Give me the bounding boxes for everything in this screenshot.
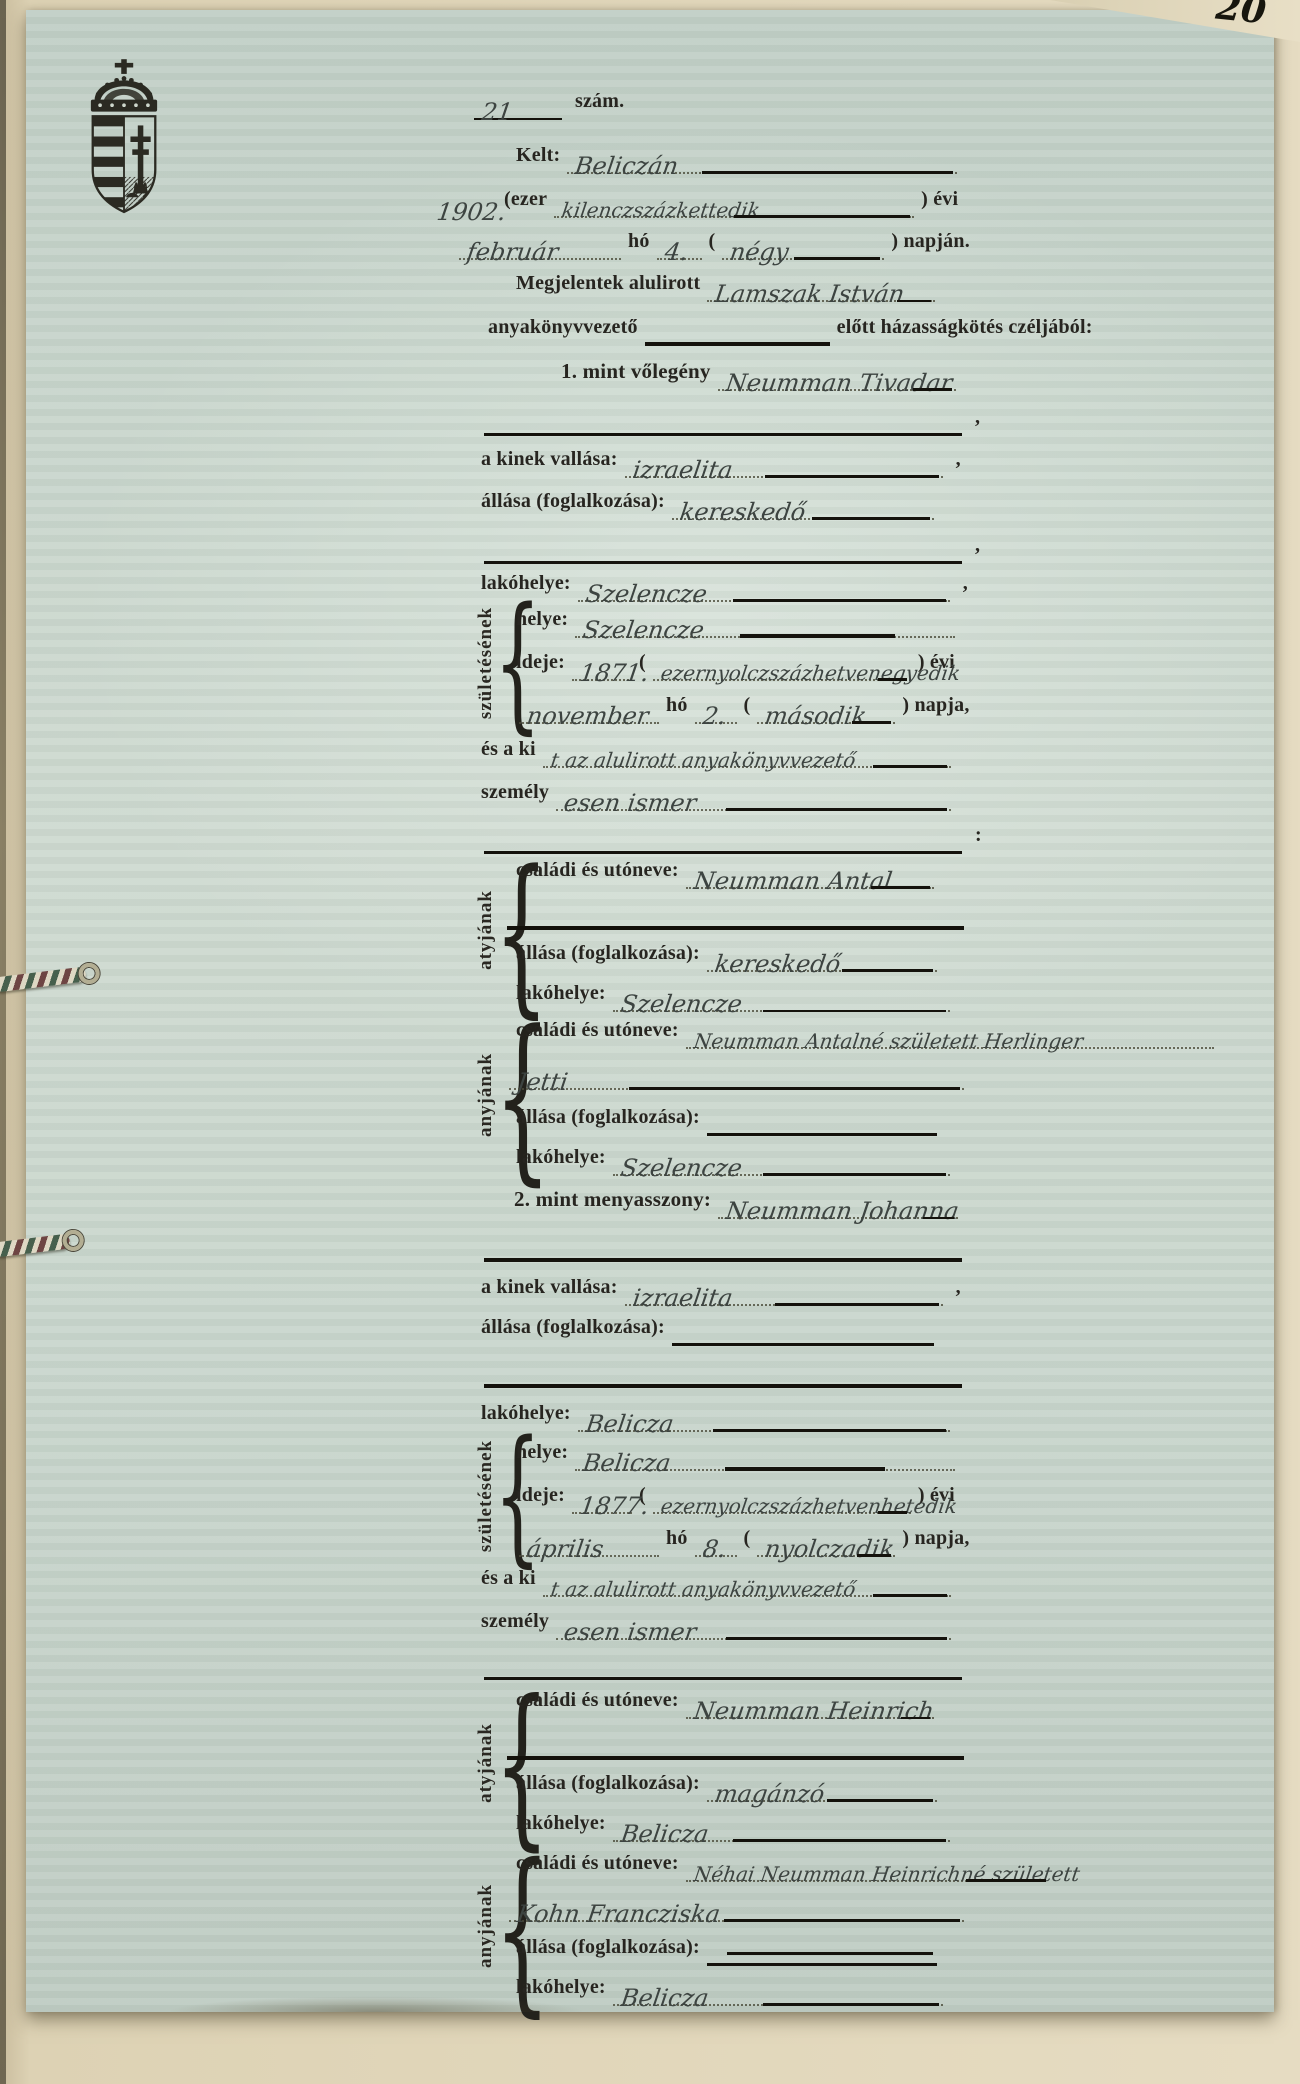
bride-birth-day: 8. [701, 1537, 727, 1561]
groom-father-name: Neumman Antal [692, 869, 893, 893]
serial-label: szám. [575, 90, 624, 112]
bride-father-name: Neumman Heinrich [692, 1699, 935, 1723]
bride-birthplace: Belicza [582, 1451, 673, 1475]
kelt-blank: Beliczán [567, 142, 957, 174]
groom-birthyear-row: ideje: 1871. ( ezernyolczszázhetvenegyed… [516, 645, 955, 679]
bride-father-residence-row: lakóhelye: Belicza [516, 1806, 953, 1840]
bride-religion-row: a kinek vallása: izraelita , [481, 1270, 961, 1304]
bride-father-name-row: családi és utóneve: Neumman Heinrich [516, 1683, 937, 1717]
serial-blank: 21 [474, 88, 562, 120]
groom-mother-name-row: családi és utóneve: Neumman Antalné szül… [516, 1013, 1217, 1047]
groom-mother-name2: Jetti [515, 1070, 569, 1094]
scan-smudge [166, 1996, 586, 2012]
registrar-row: anyakönyvvezető előtt házasságkötés czél… [488, 310, 1093, 344]
bride-mother-name-row: családi és utóneve: Néhai Neumman Heinri… [516, 1846, 989, 1880]
hungarian-coat-of-arms-icon [78, 58, 170, 226]
year-text: kilenczszázkettedik [561, 200, 762, 220]
purpose-label: előtt házasságkötés czéljából: [837, 316, 1093, 338]
separator-rule: , [481, 400, 980, 434]
day-suffix: ) napján. [891, 230, 970, 252]
groom-occupation: kereskedő [678, 500, 807, 524]
bride-birth-year-text: ezernyolczszázhetvenhetedik [659, 1496, 958, 1516]
kelt-place: Beliczán [574, 154, 680, 178]
kelt-label: Kelt: [516, 144, 560, 166]
separator-rule: : [481, 818, 982, 852]
appeared-label: Megjelentek alulirott [516, 272, 700, 294]
groom-mother-occupation-row: állása (foglalkozása): [516, 1100, 940, 1134]
groom-birth-year: 1871. [578, 661, 650, 685]
registry-page: 21 szám. Kelt: Beliczán 1902. (ezer kile… [26, 10, 1274, 2012]
year-suffix: ) évi [921, 188, 958, 210]
bride-birth-day-text: nyolczadik [764, 1537, 896, 1561]
heavy-rule [504, 1726, 967, 1760]
groom-religion-row: a kinek vallása: izraelita , [481, 442, 961, 476]
date-row: február hó 4. ( négy ) napján. [456, 224, 970, 258]
bride-name: Neumman Johanna [724, 1199, 960, 1223]
groom-birthplace-row: helye: Szelencze [516, 602, 958, 636]
groom-father-occupation: kereskedő [713, 952, 842, 976]
groom-religion: izraelita [631, 458, 734, 482]
bride-birthday-row: április hó 8. ( nyolczadik ) napja, [516, 1521, 970, 1555]
groom-known-hand1: t az alulirott anyakönyvvezető [549, 750, 856, 770]
groom-birth-day: 2. [701, 704, 727, 728]
year-row: 1902. (ezer kilenczszázkettedik ) évi [426, 182, 958, 216]
dated-row: Kelt: Beliczán [516, 138, 960, 172]
birth-place-label: helye: [516, 608, 568, 630]
bride-father-residence: Belicza [619, 1822, 710, 1846]
groom-birth-year-text: ezernyolczszázhetvenegyedik [659, 663, 961, 683]
bride-father-occupation-row: állása (foglalkozása): magánzó [516, 1766, 940, 1800]
bride-mother-name2: Kohn Francziska [515, 1902, 721, 1926]
bride-religion: izraelita [631, 1286, 734, 1310]
bride-residence-row: lakóhelye: Belicza [481, 1396, 953, 1430]
groom-name: Neumman Tivadar [724, 371, 954, 395]
separator-rule: , [481, 528, 980, 562]
bride-known-hand1: t az alulirott anyakönyvvezető [549, 1579, 856, 1599]
appeared-row: Megjelentek alulirott Lamszak István [516, 266, 938, 300]
bride-known-hand2: esen ismer [562, 1620, 698, 1644]
bride-birthyear-row: ideje: 1877. ( ezernyolczszázhetvenheted… [516, 1478, 955, 1512]
corner-page-number: 20 [1214, 0, 1268, 33]
groom-birthday-row: november hó 2. ( második ) napja, [516, 688, 970, 722]
groom-father-name-row: családi és utóneve: Neumman Antal [516, 853, 937, 887]
bride-occupation-row: állása (foglalkozása): [481, 1310, 937, 1344]
serial-number: 21 [480, 100, 514, 124]
groom-known-hand2: esen ismer [562, 791, 698, 815]
bride-mother-occupation-row: állása (foglalkozása): [516, 1930, 940, 1964]
bride-known-row2: személy esen ismer [481, 1604, 954, 1638]
scanned-marriage-record: { "page": { "corner_mark": "20", "serial… [0, 0, 1300, 2084]
name-label: családi és utóneve: [516, 859, 679, 881]
religion-label: a kinek vallása: [481, 448, 618, 470]
year-number: 1902. [435, 200, 507, 224]
ho-label: hó [628, 230, 650, 252]
groom-role-row: 1. mint vőlegény Neumman Tivadar [561, 354, 959, 388]
groom-father-occupation-row: állása (foglalkozása): kereskedő [516, 936, 940, 970]
bride-residence: Belicza [584, 1412, 675, 1436]
year-prefix: (ezer [504, 188, 547, 210]
birth-time-label: ideje: [516, 651, 565, 673]
separator-rule [481, 1354, 965, 1388]
groom-occupation-row: állása (foglalkozása): kereskedő [481, 484, 937, 518]
registrar-label: anyakönyvvezető [488, 316, 638, 338]
bride-birth-month: április [525, 1537, 605, 1561]
groom-birth-day-text: második [764, 704, 869, 728]
groom-mother-name: Neumman Antalné született Herlinger [692, 1031, 1084, 1051]
heavy-rule [504, 896, 967, 930]
groom-mother-residence: Szelencze [619, 1156, 743, 1180]
groom-mother-name2-row: Jetti [506, 1056, 967, 1090]
groom-birthplace: Szelencze [582, 618, 706, 642]
groom-role-label: 1. mint vőlegény [561, 359, 711, 383]
occupation-label: állása (foglalkozása): [481, 490, 665, 512]
month-name: február [465, 240, 560, 264]
bride-birth-year: 1877. [578, 1494, 650, 1518]
scan-left-edge [0, 0, 6, 2084]
groom-birth-month: november [525, 704, 650, 728]
separator-rule [481, 1228, 965, 1262]
bride-birthplace-row: helye: Belicza [516, 1435, 958, 1469]
day-number: 4. [663, 240, 689, 264]
day-text: négy [729, 240, 791, 264]
groom-father-residence-row: lakóhelye: Szelencze [516, 976, 953, 1010]
groom-known-row1: és a ki t az alulirott anyakönyvvezető [481, 732, 954, 766]
bride-mother-name2-row: Kohn Francziska [506, 1888, 967, 1922]
serial-row: 21 szám. [471, 84, 624, 118]
groom-mother-residence-row: lakóhelye: Szelencze [516, 1140, 953, 1174]
bride-mother-residence: Belicza [619, 1986, 710, 2010]
bride-father-occupation: magánzó [713, 1782, 826, 1806]
registrar-name: Lamszak István [714, 282, 907, 306]
groom-residence-row: lakóhelye: Szelencze , [481, 566, 968, 600]
bride-role-row: 2. mint menyasszony: Neumman Johanna [514, 1182, 961, 1216]
separator-rule [481, 1646, 965, 1680]
bride-known-row1: és a ki t az alulirott anyakönyvvezető [481, 1561, 954, 1595]
bride-role-label: 2. mint menyasszony: [514, 1187, 711, 1211]
groom-known-row2: személy esen ismer [481, 775, 954, 809]
